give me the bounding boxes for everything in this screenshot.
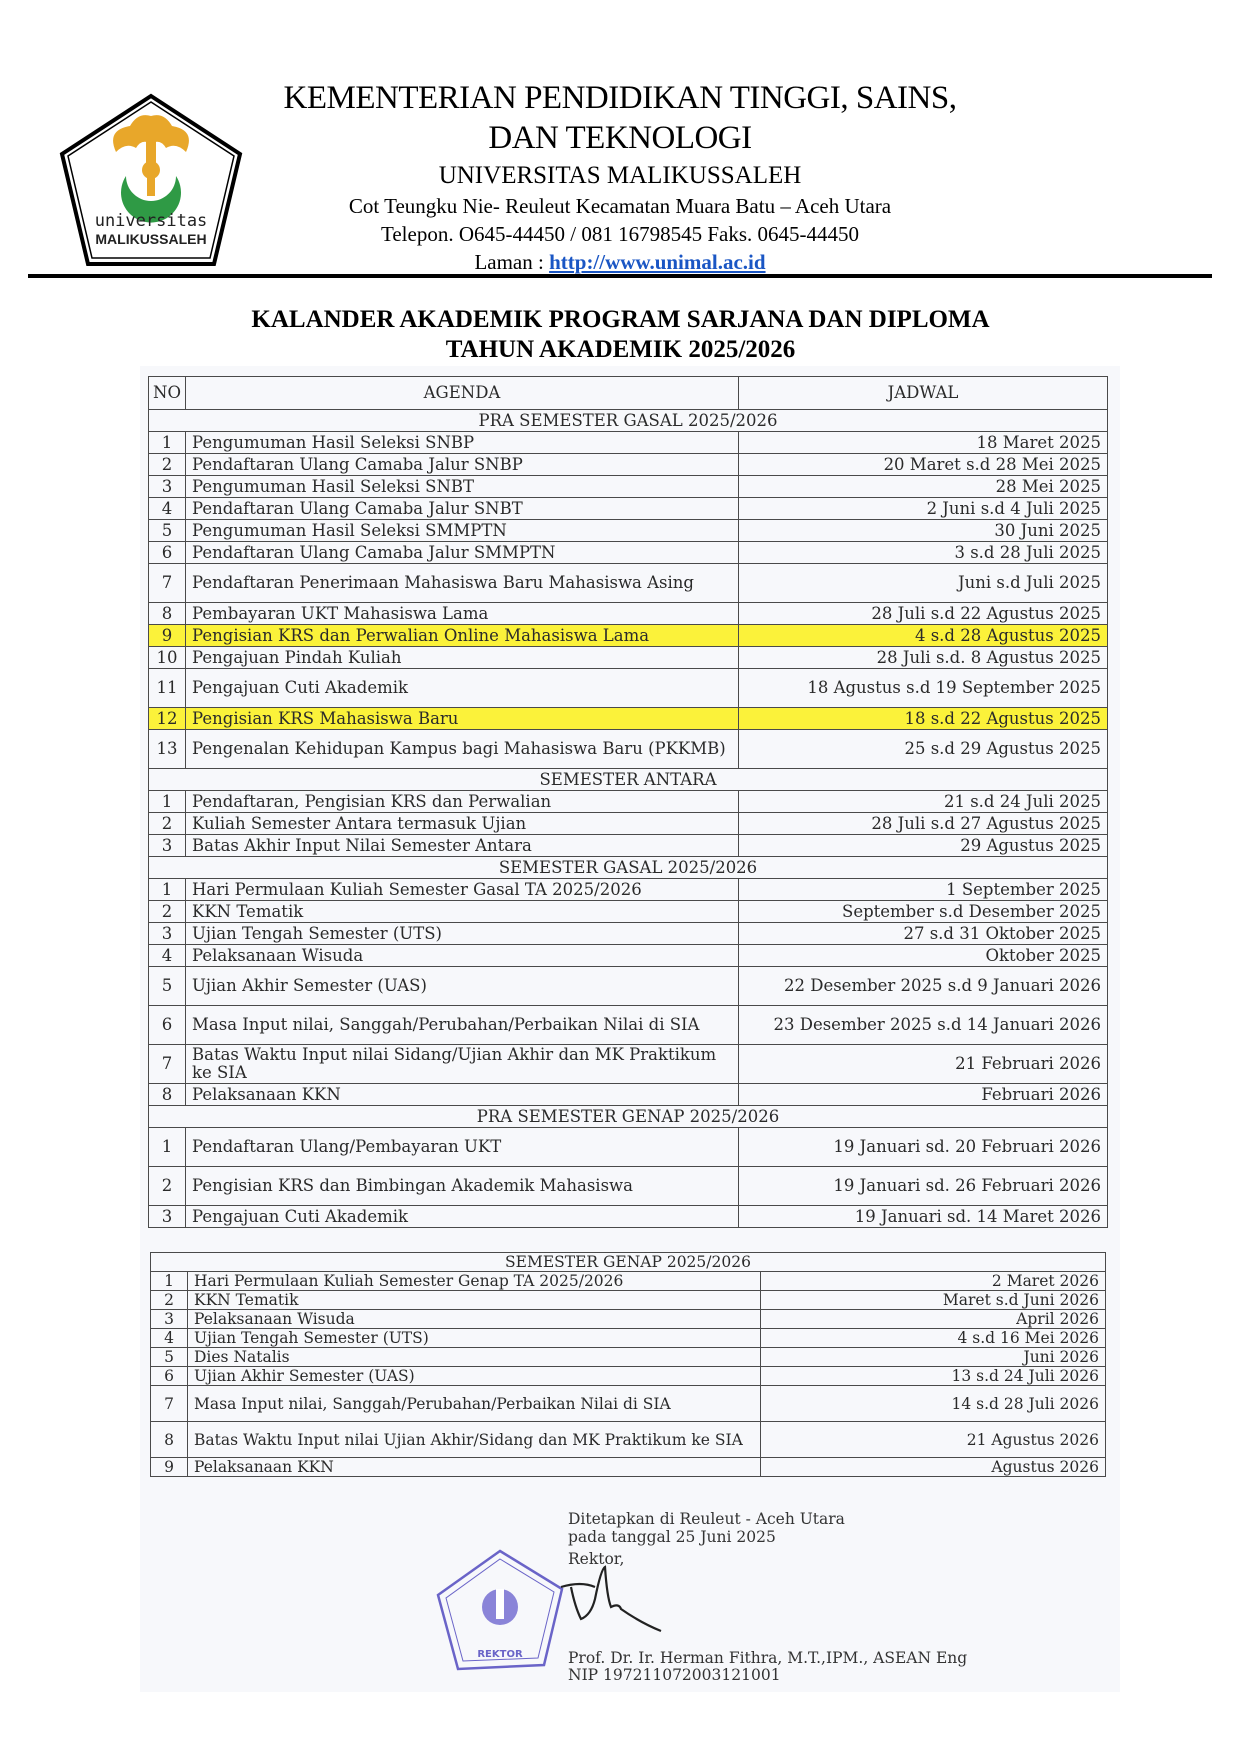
row-number: 3: [151, 1310, 188, 1329]
row-jadwal: 18 Agustus s.d 19 September 2025: [739, 669, 1108, 708]
header-agenda: AGENDA: [186, 377, 739, 410]
row-agenda: KKN Tematik: [188, 1291, 761, 1310]
row-jadwal: 28 Mei 2025: [739, 476, 1108, 498]
table-row: 4Pendaftaran Ulang Camaba Jalur SNBT2 Ju…: [149, 498, 1108, 520]
row-agenda: Pengumuman Hasil Seleksi SMMPTN: [186, 520, 739, 542]
address: Cot Teungku Nie- Reuleut Kecamatan Muara…: [240, 192, 1000, 220]
row-jadwal: Februari 2026: [739, 1084, 1108, 1106]
signatory: Prof. Dr. Ir. Herman Fithra, M.T.,IPM., …: [568, 1650, 967, 1684]
table-row: 1Hari Permulaan Kuliah Semester Genap TA…: [151, 1272, 1106, 1291]
row-agenda: Hari Permulaan Kuliah Semester Gasal TA …: [186, 879, 739, 901]
title-line1: KALANDER AKADEMIK PROGRAM SARJANA DAN DI…: [0, 305, 1241, 335]
section-title: SEMESTER ANTARA: [149, 769, 1108, 791]
row-jadwal: 29 Agustus 2025: [739, 835, 1108, 857]
row-number: 3: [149, 923, 186, 945]
row-jadwal: 21 Februari 2026: [739, 1045, 1108, 1084]
row-number: 8: [149, 1084, 186, 1106]
signatory-nip: NIP 197211072003121001: [568, 1667, 967, 1684]
section-header-row: SEMESTER GASAL 2025/2026: [149, 857, 1108, 879]
signature-date: pada tanggal 25 Juni 2025: [568, 1528, 845, 1546]
row-number: 1: [149, 432, 186, 454]
row-jadwal: April 2026: [761, 1310, 1106, 1329]
row-number: 1: [149, 879, 186, 901]
row-jadwal: 28 Juli s.d. 8 Agustus 2025: [739, 647, 1108, 669]
row-jadwal: 3 s.d 28 Juli 2025: [739, 542, 1108, 564]
row-agenda: Pengumuman Hasil Seleksi SNBP: [186, 432, 739, 454]
row-jadwal: 4 s.d 28 Agustus 2025: [739, 625, 1108, 647]
row-agenda: Pelaksanaan KKN: [186, 1084, 739, 1106]
table-row: 6Ujian Akhir Semester (UAS)13 s.d 24 Jul…: [151, 1367, 1106, 1386]
row-number: 1: [149, 791, 186, 813]
row-number: 6: [151, 1367, 188, 1386]
row-jadwal: 27 s.d 31 Oktober 2025: [739, 923, 1108, 945]
stamp-text: REKTOR: [477, 1649, 523, 1660]
row-agenda: Batas Akhir Input Nilai Semester Antara: [186, 835, 739, 857]
table-row: 7Pendaftaran Penerimaan Mahasiswa Baru M…: [149, 564, 1108, 603]
row-jadwal: 30 Juni 2025: [739, 520, 1108, 542]
calendar-table-main: NOAGENDAJADWALPRA SEMESTER GASAL 2025/20…: [148, 376, 1108, 1228]
section-title: SEMESTER GASAL 2025/2026: [149, 857, 1108, 879]
letterhead-text: KEMENTERIAN PENDIDIKAN TINGGI, SAINS, DA…: [240, 78, 1000, 276]
table-row: 10Pengajuan Pindah Kuliah28 Juli s.d. 8 …: [149, 647, 1108, 669]
row-number: 7: [149, 1045, 186, 1084]
table-row: 2Pengisian KRS dan Bimbingan Akademik Ma…: [149, 1167, 1108, 1206]
table-row: 1Pendaftaran, Pengisian KRS dan Perwalia…: [149, 791, 1108, 813]
row-jadwal: 18 s.d 22 Agustus 2025: [739, 708, 1108, 730]
table-row: 1Hari Permulaan Kuliah Semester Gasal TA…: [149, 879, 1108, 901]
row-agenda: Pelaksanaan KKN: [188, 1458, 761, 1477]
section-title: PRA SEMESTER GASAL 2025/2026: [149, 410, 1108, 432]
row-agenda: Pengajuan Cuti Akademik: [186, 669, 739, 708]
row-number: 2: [149, 1167, 186, 1206]
row-number: 3: [149, 476, 186, 498]
row-agenda: Kuliah Semester Antara termasuk Ujian: [186, 813, 739, 835]
row-number: 8: [149, 603, 186, 625]
row-agenda: Dies Natalis: [188, 1348, 761, 1367]
row-number: 11: [149, 669, 186, 708]
row-agenda: Pelaksanaan Wisuda: [188, 1310, 761, 1329]
row-jadwal: 1 September 2025: [739, 879, 1108, 901]
section-title: SEMESTER GENAP 2025/2026: [151, 1253, 1106, 1272]
university-logo-icon: universitas MALIKUSSALEH: [56, 92, 246, 270]
table-row: 3Pengajuan Cuti Akademik19 Januari sd. 1…: [149, 1206, 1108, 1228]
row-number: 9: [149, 625, 186, 647]
section-title: PRA SEMESTER GENAP 2025/2026: [149, 1106, 1108, 1128]
row-agenda: Pendaftaran, Pengisian KRS dan Perwalian: [186, 791, 739, 813]
title-line2: TAHUN AKADEMIK 2025/2026: [0, 335, 1241, 365]
row-jadwal: 28 Juli s.d 27 Agustus 2025: [739, 813, 1108, 835]
row-jadwal: 21 Agustus 2026: [761, 1422, 1106, 1458]
table-row: 13Pengenalan Kehidupan Kampus bagi Mahas…: [149, 730, 1108, 769]
row-jadwal: 21 s.d 24 Juli 2025: [739, 791, 1108, 813]
row-agenda: Batas Waktu Input nilai Sidang/Ujian Akh…: [186, 1045, 739, 1084]
website: Laman : http://www.unimal.ac.id: [240, 248, 1000, 276]
ministry-line2: DAN TEKNOLOGI: [240, 118, 1000, 158]
row-agenda: Pengajuan Pindah Kuliah: [186, 647, 739, 669]
row-jadwal: 13 s.d 24 Juli 2026: [761, 1367, 1106, 1386]
section-header-row: SEMESTER GENAP 2025/2026: [151, 1253, 1106, 1272]
row-jadwal: 25 s.d 29 Agustus 2025: [739, 730, 1108, 769]
row-number: 4: [151, 1329, 188, 1348]
row-number: 6: [149, 542, 186, 564]
table-row: 5Dies NatalisJuni 2026: [151, 1348, 1106, 1367]
row-agenda: Pengisian KRS dan Perwalian Online Mahas…: [186, 625, 739, 647]
row-jadwal: Juni s.d Juli 2025: [739, 564, 1108, 603]
row-jadwal: 20 Maret s.d 28 Mei 2025: [739, 454, 1108, 476]
table-row: 8Pelaksanaan KKNFebruari 2026: [149, 1084, 1108, 1106]
table-header-row: NOAGENDAJADWAL: [149, 377, 1108, 410]
row-number: 4: [149, 945, 186, 967]
signature-place: Ditetapkan di Reuleut - Aceh Utara: [568, 1510, 845, 1528]
table-row: 3Batas Akhir Input Nilai Semester Antara…: [149, 835, 1108, 857]
table-row: 3Pengumuman Hasil Seleksi SNBT28 Mei 202…: [149, 476, 1108, 498]
row-number: 12: [149, 708, 186, 730]
row-number: 1: [151, 1272, 188, 1291]
row-agenda: Pendaftaran Ulang Camaba Jalur SNBP: [186, 454, 739, 476]
row-agenda: Ujian Tengah Semester (UTS): [188, 1329, 761, 1348]
row-jadwal: Oktober 2025: [739, 945, 1108, 967]
table-row: 3Ujian Tengah Semester (UTS)27 s.d 31 Ok…: [149, 923, 1108, 945]
ministry-line1: KEMENTERIAN PENDIDIKAN TINGGI, SAINS,: [240, 78, 1000, 118]
table-row: 4Ujian Tengah Semester (UTS)4 s.d 16 Mei…: [151, 1329, 1106, 1348]
row-agenda: Pendaftaran Ulang Camaba Jalur SMMPTN: [186, 542, 739, 564]
row-number: 5: [149, 967, 186, 1006]
row-jadwal: 19 Januari sd. 26 Februari 2026: [739, 1167, 1108, 1206]
row-number: 1: [149, 1128, 186, 1167]
row-number: 7: [151, 1386, 188, 1422]
row-jadwal: 23 Desember 2025 s.d 14 Januari 2026: [739, 1006, 1108, 1045]
table-row: 6Masa Input nilai, Sanggah/Perubahan/Per…: [149, 1006, 1108, 1045]
row-number: 13: [149, 730, 186, 769]
row-jadwal: 4 s.d 16 Mei 2026: [761, 1329, 1106, 1348]
row-jadwal: 19 Januari sd. 14 Maret 2026: [739, 1206, 1108, 1228]
row-number: 10: [149, 647, 186, 669]
row-agenda: Batas Waktu Input nilai Ujian Akhir/Sida…: [188, 1422, 761, 1458]
row-agenda: Pembayaran UKT Mahasiswa Lama: [186, 603, 739, 625]
row-number: 3: [149, 835, 186, 857]
header-jadwal: JADWAL: [739, 377, 1108, 410]
row-jadwal: Juni 2026: [761, 1348, 1106, 1367]
row-number: 9: [151, 1458, 188, 1477]
row-jadwal: 22 Desember 2025 s.d 9 Januari 2026: [739, 967, 1108, 1006]
row-jadwal: Agustus 2026: [761, 1458, 1106, 1477]
section-header-row: PRA SEMESTER GENAP 2025/2026: [149, 1106, 1108, 1128]
row-agenda: Hari Permulaan Kuliah Semester Genap TA …: [188, 1272, 761, 1291]
row-number: 5: [149, 520, 186, 542]
table-row: 8Pembayaran UKT Mahasiswa Lama28 Juli s.…: [149, 603, 1108, 625]
row-jadwal: 18 Maret 2025: [739, 432, 1108, 454]
letterhead-divider: [28, 274, 1212, 278]
table-row: 2Kuliah Semester Antara termasuk Ujian28…: [149, 813, 1108, 835]
table-row: 8Batas Waktu Input nilai Ujian Akhir/Sid…: [151, 1422, 1106, 1458]
row-agenda: Pendaftaran Penerimaan Mahasiswa Baru Ma…: [186, 564, 739, 603]
table-row: 3Pelaksanaan WisudaApril 2026: [151, 1310, 1106, 1329]
table-row: 9Pelaksanaan KKNAgustus 2026: [151, 1458, 1106, 1477]
table-row: 5Pengumuman Hasil Seleksi SMMPTN30 Juni …: [149, 520, 1108, 542]
table-row: 7Batas Waktu Input nilai Sidang/Ujian Ak…: [149, 1045, 1108, 1084]
logo-text-top: universitas: [95, 211, 208, 231]
row-agenda: KKN Tematik: [186, 901, 739, 923]
table-row: 9Pengisian KRS dan Perwalian Online Maha…: [149, 625, 1108, 647]
document-title: KALANDER AKADEMIK PROGRAM SARJANA DAN DI…: [0, 305, 1241, 365]
row-jadwal: 19 Januari sd. 20 Februari 2026: [739, 1128, 1108, 1167]
table-row: 11Pengajuan Cuti Akademik18 Agustus s.d …: [149, 669, 1108, 708]
row-number: 6: [149, 1006, 186, 1045]
row-jadwal: 14 s.d 28 Juli 2026: [761, 1386, 1106, 1422]
table-row: 5Ujian Akhir Semester (UAS)22 Desember 2…: [149, 967, 1108, 1006]
row-jadwal: 28 Juli s.d 22 Agustus 2025: [739, 603, 1108, 625]
row-agenda: Pengisian KRS Mahasiswa Baru: [186, 708, 739, 730]
row-number: 2: [149, 901, 186, 923]
row-number: 4: [149, 498, 186, 520]
table-row: 4Pelaksanaan WisudaOktober 2025: [149, 945, 1108, 967]
signature-block: Ditetapkan di Reuleut - Aceh Utara pada …: [568, 1510, 845, 1568]
row-number: 2: [149, 813, 186, 835]
row-jadwal: 2 Juni s.d 4 Juli 2025: [739, 498, 1108, 520]
table-row: 7Masa Input nilai, Sanggah/Perubahan/Per…: [151, 1386, 1106, 1422]
row-agenda: Pengisian KRS dan Bimbingan Akademik Mah…: [186, 1167, 739, 1206]
signatory-name: Prof. Dr. Ir. Herman Fithra, M.T.,IPM., …: [568, 1650, 967, 1667]
section-header-row: PRA SEMESTER GASAL 2025/2026: [149, 410, 1108, 432]
university-name: UNIVERSITAS MALIKUSSALEH: [240, 160, 1000, 192]
row-number: 7: [149, 564, 186, 603]
logo-text-bottom: MALIKUSSALEH: [95, 231, 206, 247]
table-row: 2Pendaftaran Ulang Camaba Jalur SNBP20 M…: [149, 454, 1108, 476]
table-row: 1Pengumuman Hasil Seleksi SNBP18 Maret 2…: [149, 432, 1108, 454]
row-agenda: Pendaftaran Ulang Camaba Jalur SNBT: [186, 498, 739, 520]
row-number: 5: [151, 1348, 188, 1367]
row-agenda: Masa Input nilai, Sanggah/Perubahan/Perb…: [186, 1006, 739, 1045]
row-jadwal: September s.d Desember 2025: [739, 901, 1108, 923]
row-number: 2: [151, 1291, 188, 1310]
row-agenda: Pengajuan Cuti Akademik: [186, 1206, 739, 1228]
row-number: 3: [149, 1206, 186, 1228]
row-jadwal: Maret s.d Juni 2026: [761, 1291, 1106, 1310]
website-label: Laman :: [474, 250, 543, 274]
row-number: 2: [149, 454, 186, 476]
handwritten-signature-icon: [555, 1565, 685, 1645]
section-header-row: SEMESTER ANTARA: [149, 769, 1108, 791]
row-agenda: Ujian Akhir Semester (UAS): [188, 1367, 761, 1386]
table-row: 12Pengisian KRS Mahasiswa Baru18 s.d 22 …: [149, 708, 1108, 730]
row-agenda: Masa Input nilai, Sanggah/Perubahan/Perb…: [188, 1386, 761, 1422]
calendar-table-genap: SEMESTER GENAP 2025/20261Hari Permulaan …: [150, 1252, 1106, 1477]
table-row: 2KKN TematikSeptember s.d Desember 2025: [149, 901, 1108, 923]
row-jadwal: 2 Maret 2026: [761, 1272, 1106, 1291]
row-agenda: Pengumuman Hasil Seleksi SNBT: [186, 476, 739, 498]
row-agenda: Ujian Tengah Semester (UTS): [186, 923, 739, 945]
table-row: 6Pendaftaran Ulang Camaba Jalur SMMPTN3 …: [149, 542, 1108, 564]
table-row: 1Pendaftaran Ulang/Pembayaran UKT19 Janu…: [149, 1128, 1108, 1167]
row-agenda: Pelaksanaan Wisuda: [186, 945, 739, 967]
letterhead: universitas MALIKUSSALEH KEMENTERIAN PEN…: [0, 0, 1241, 285]
row-agenda: Pengenalan Kehidupan Kampus bagi Mahasis…: [186, 730, 739, 769]
header-no: NO: [149, 377, 186, 410]
phone: Telepon. O645-44450 / 081 16798545 Faks.…: [240, 220, 1000, 248]
table-row: 2KKN TematikMaret s.d Juni 2026: [151, 1291, 1106, 1310]
website-link[interactable]: http://www.unimal.ac.id: [549, 250, 765, 274]
row-agenda: Pendaftaran Ulang/Pembayaran UKT: [186, 1128, 739, 1167]
row-agenda: Ujian Akhir Semester (UAS): [186, 967, 739, 1006]
official-stamp-icon: REKTOR: [430, 1545, 570, 1675]
row-number: 8: [151, 1422, 188, 1458]
